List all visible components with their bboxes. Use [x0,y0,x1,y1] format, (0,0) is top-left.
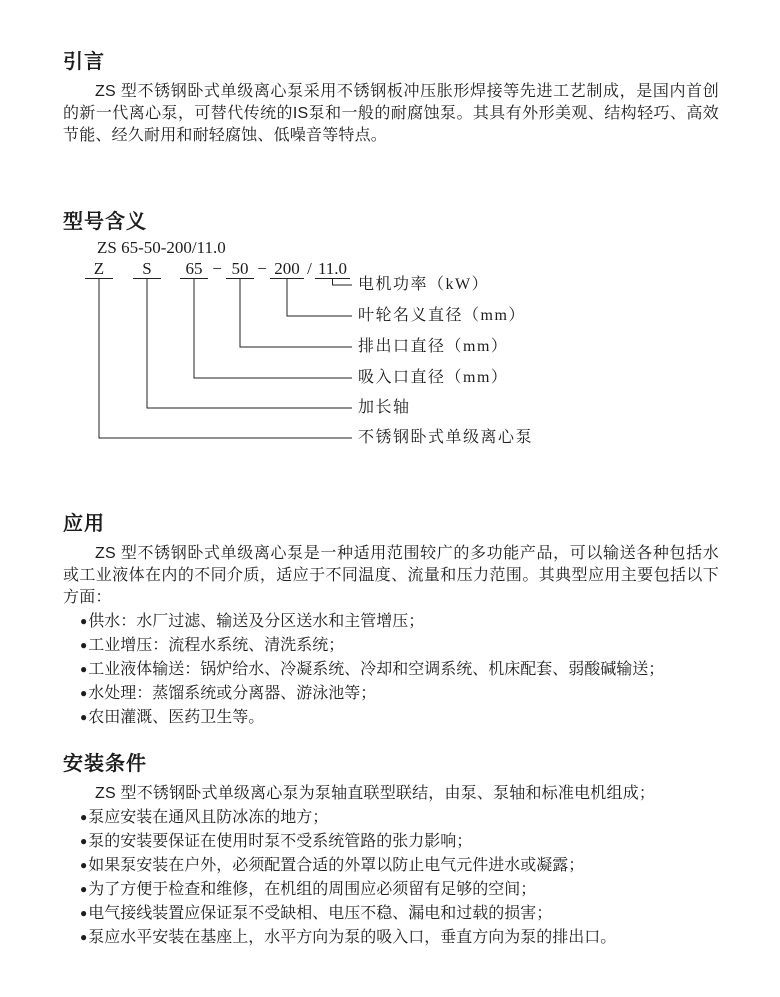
list-item: ● 工业液体输送：锅炉给水、冷凝系统、冷却和空调系统、机床配套、弱酸碱输送； [80,658,719,682]
introduction-paragraph: ZS 型不锈钢卧式单级离心泵采用不锈钢板冲压胀形焊接等先进工艺制成，是国内首创的… [63,81,719,147]
model-token-motor-power: 11.0 [315,259,350,279]
model-token-impeller: 200 [270,259,304,279]
list-item: ● 工业增压：流程水系统、清洗系统； [80,634,719,658]
application-list: ● 供水：水厂过滤、输送及分区送水和主管增压； ● 工业增压：流程水系统、清洗系… [63,610,719,730]
section-title-introduction: 引言 [63,50,719,74]
model-separator-dash: − [252,259,272,278]
list-item: ● 农田灌溉、医药卫生等。 [80,706,719,730]
section-title-installation: 安装条件 [63,752,719,776]
model-example-code: ZS 65-50-200/11.0 [97,238,226,257]
model-token-suction: 65 [180,259,208,279]
installation-item-text: 泵的安装要保证在使用时泵不受系统管路的张力影响； [88,830,472,853]
list-item: ● 泵应安装在通风且防冰冻的地方； [80,806,719,830]
bullet-icon: ● [80,878,87,901]
bullet-icon: ● [80,806,87,829]
bullet-icon: ● [80,854,87,877]
list-item: ● 泵应水平安装在基座上，水平方向为泵的吸入口，垂直方向为泵的排出口。 [80,926,719,950]
list-item: ● 供水：水厂过滤、输送及分区送水和主管增压； [80,610,719,634]
bullet-icon: ● [80,682,87,705]
section-title-model-designation: 型号含义 [63,210,780,234]
list-item: ● 泵的安装要保证在使用时泵不受系统管路的张力影响； [80,830,719,854]
bullet-icon: ● [80,830,87,853]
list-item: ● 水处理：蒸馏系统或分离器、游泳池等； [80,682,719,706]
section-installation: 安装条件 ZS 型不锈钢卧式单级离心泵为泵轴直联型联结，由泵、泵轴和标准电机组成… [63,752,719,950]
bullet-icon: ● [80,926,87,949]
section-model-designation: 型号含义 ZS 65-50-200/11.0 Z S 65 − 50 − 200… [0,210,780,460]
bullet-icon: ● [80,610,87,633]
installation-item-text: 泵应安装在通风且防冰冻的地方； [88,806,328,829]
model-code-diagram: ZS 65-50-200/11.0 Z S 65 − 50 − 200 / 11… [0,238,780,458]
application-item-text: 工业增压：流程水系统、清洗系统； [88,634,344,657]
installation-paragraph: ZS 型不锈钢卧式单级离心泵为泵轴直联型联结，由泵、泵轴和标准电机组成； [63,783,719,805]
model-token-discharge: 50 [226,259,254,279]
installation-list: ● 泵应安装在通风且防冰冻的地方； ● 泵的安装要保证在使用时泵不受系统管路的张… [63,806,719,950]
section-introduction: 引言 ZS 型不锈钢卧式单级离心泵采用不锈钢板冲压胀形焊接等先进工艺制成，是国内… [63,50,719,147]
list-item: ● 为了方便于检查和维修，在机组的周围应必须留有足够的空间； [80,878,719,902]
bullet-icon: ● [80,658,87,681]
installation-item-text: 如果泵安装在户外，必须配置合适的外罩以防止电气元件进水或凝露； [88,854,584,877]
application-item-text: 水处理：蒸馏系统或分离器、游泳池等； [88,682,376,705]
bullet-icon: ● [80,634,87,657]
bullet-icon: ● [80,902,87,925]
installation-item-text: 为了方便于检查和维修，在机组的周围应必须留有足够的空间； [88,878,536,901]
application-paragraph: ZS 型不锈钢卧式单级离心泵是一种适用范围较广的多功能产品，可以输送各种包括水或… [63,543,719,609]
diagram-label-extended-shaft: 加长轴 [358,397,411,419]
diagram-label-suction-diam: 吸入口直径（mm） [358,367,508,389]
installation-item-text: 电气接线装置应保证泵不受缺相、电压不稳、漏电和过载的损害； [88,902,552,925]
bullet-icon: ● [80,706,87,729]
application-item-text: 工业液体输送：锅炉给水、冷凝系统、冷却和空调系统、机床配套、弱酸碱输送； [88,658,664,681]
section-title-application: 应用 [63,512,719,536]
diagram-label-discharge-diam: 排出口直径（mm） [358,336,508,358]
model-token-series: Z [85,259,113,279]
application-item-text: 农田灌溉、医药卫生等。 [88,706,264,729]
diagram-label-pump-type: 不锈钢卧式单级离心泵 [358,427,533,449]
application-item-text: 供水：水厂过滤、输送及分区送水和主管增压； [88,610,424,633]
section-application: 应用 ZS 型不锈钢卧式单级离心泵是一种适用范围较广的多功能产品，可以输送各种包… [63,512,719,730]
list-item: ● 电气接线装置应保证泵不受缺相、电压不稳、漏电和过载的损害； [80,902,719,926]
model-separator-dash: − [207,259,227,278]
list-item: ● 如果泵安装在户外，必须配置合适的外罩以防止电气元件进水或凝露； [80,854,719,878]
document-page: 引言 ZS 型不锈钢卧式单级离心泵采用不锈钢板冲压胀形焊接等先进工艺制成，是国内… [0,0,780,997]
installation-item-text: 泵应水平安装在基座上，水平方向为泵的吸入口，垂直方向为泵的排出口。 [88,926,616,949]
diagram-label-motor-power: 电机功率（kW） [358,274,489,296]
model-token-shaft: S [133,259,161,279]
diagram-label-impeller-diam: 叶轮名义直径（mm） [358,305,526,327]
